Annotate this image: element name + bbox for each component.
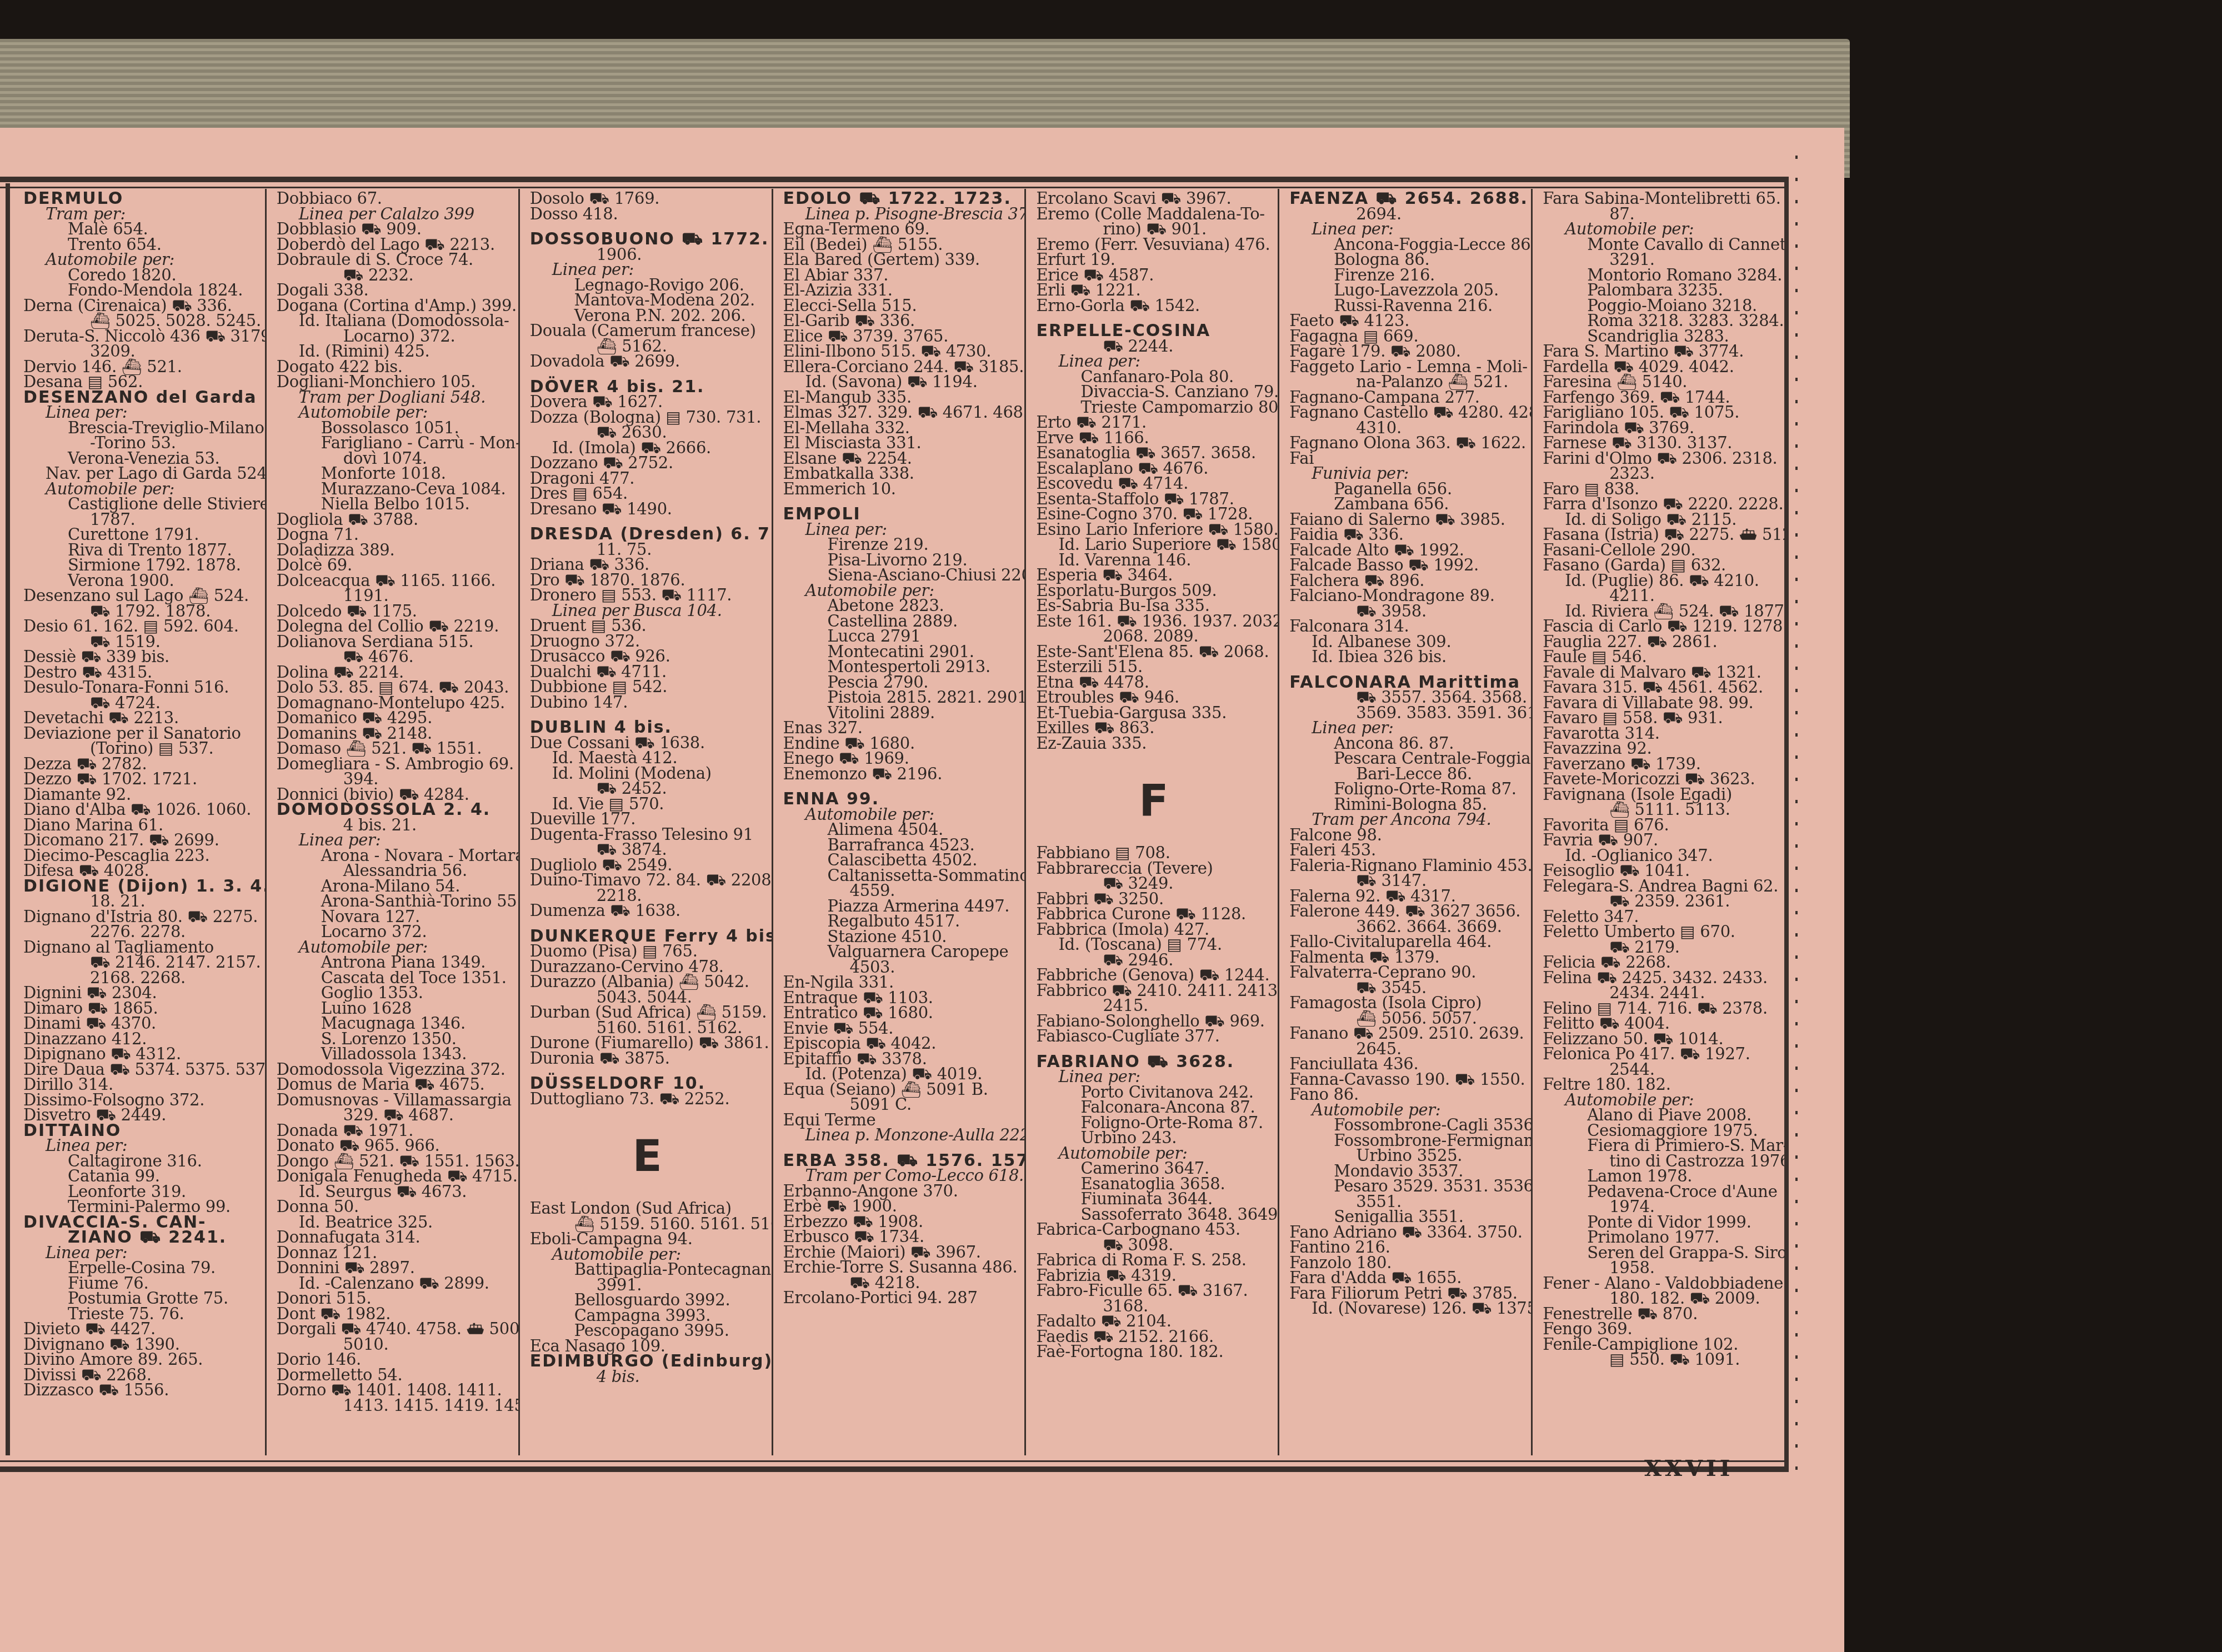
left-border-rule	[6, 183, 10, 1455]
index-entry: 1413. 1415. 1419. 1457.	[277, 1398, 512, 1414]
index-entry: Fabro-Ficulle 65. ⛟ 3167.	[1036, 1283, 1271, 1299]
index-entry: Dorgali ⛟ 4740. 4758. ⛴ 5006.	[277, 1321, 512, 1337]
service-label: 4 bis.	[530, 1369, 765, 1385]
index-column-5: Ercolano Scavi ⛟ 3967.Eremo (Colle Madda…	[1024, 189, 1278, 1455]
index-entry: Emmerich 10.	[783, 482, 1018, 497]
index-entry: Faè-Fortogna 180. 182.	[1036, 1344, 1271, 1360]
index-entry: Castiglione delle Stiviere	[23, 497, 258, 512]
index-entry: Ez-Zauia 335.	[1036, 736, 1271, 752]
index-entry: Ercolano-Portici 94. 287	[783, 1290, 1018, 1306]
index-entry: Duttogliano 73. ⛟ 2252.	[530, 1092, 765, 1107]
index-entry: Dovadola ⛟ 2699.	[530, 354, 765, 369]
index-column-7: Fara Sabina-Montelibretti 65.87.Automobi…	[1531, 189, 1784, 1455]
index-entry: Pedavena-Croce d'Aune	[1543, 1184, 1778, 1200]
index-entry: Monte Cavallo di Canneto	[1543, 237, 1778, 253]
index-heading: DOSSOBUONO ⛟ 1772.	[530, 232, 765, 247]
index-heading: EDIMBURGO (Edinburg)	[530, 1354, 765, 1369]
index-entry: Fabiasco-Cugliate 377.	[1036, 1029, 1271, 1044]
index-entry: Duino-Timavo 72. 84. ⛟ 2208.	[530, 873, 765, 888]
index-entry: Dresano ⛟ 1490.	[530, 502, 765, 517]
index-entry: Dumenza ⛟ 1638.	[530, 903, 765, 919]
index-entry: Dubino 147.	[530, 695, 765, 710]
index-entry: Duronia ⛟ 3875.	[530, 1051, 765, 1067]
index-entry: ▤ 550. ⛟ 1091.	[1543, 1352, 1778, 1368]
index-entry: Fabbrico ⛟ 2410. 2411. 2413.	[1036, 983, 1271, 999]
index-entry: Fara Sabina-Montelibretti 65.	[1543, 191, 1778, 207]
page-number: XXVII	[1644, 1455, 1734, 1481]
index-entry: Dizzasco ⛟ 1556.	[23, 1383, 258, 1398]
section-letter: E	[530, 1129, 765, 1184]
index-entry: Pesaro 3529. 3531. 3536.	[1289, 1179, 1524, 1194]
index-entry: Domegliara - S. Ambrogio 69.	[277, 757, 512, 772]
index-entry: Id. Ibiea 326 bis.	[1289, 649, 1524, 665]
index-column-2: Dobbiaco 67.Linea per Calalzo 399Dobblas…	[265, 189, 518, 1455]
index-entry: Erno-Gorla ⛟ 1542.	[1036, 298, 1271, 314]
index-entry: Battipaglia-Pontecagnano	[530, 1262, 765, 1278]
index-entry: Deruta-S. Niccolò 436 ⛟ 3179.	[23, 329, 258, 344]
index-entry: Fagnano Olona 363. ⛟ 1622.	[1289, 435, 1524, 451]
index-entry: Dolceacqua ⛟ 1165. 1166.	[277, 573, 512, 589]
service-label: Linea p. Monzone-Aulla 222.	[783, 1128, 1018, 1143]
index-entry: Id. (Novarese) 126. ⛟ 1375.	[1289, 1301, 1524, 1316]
index-entry: Seren del Grappa-S. Siro	[1543, 1245, 1778, 1261]
right-margin-marks	[1795, 156, 1798, 1489]
index-column-4: EDOLO ⛟ 1722. 1723.Linea p. Pisogne-Bres…	[772, 189, 1025, 1455]
section-letter: F	[1036, 773, 1271, 829]
index-entry: Id. (Puglie) 86. ⛟ 4210.	[1543, 573, 1778, 589]
index-column-6: FAENZA ⛟ 2654. 2688.2694.Linea per:Ancon…	[1278, 189, 1531, 1455]
index-entry: Felonica Po 417. ⛟ 1927.	[1543, 1047, 1778, 1062]
index-entry: Farini d'Olmo ⛟ 2306. 2318.	[1543, 451, 1778, 467]
index-column-1: DERMULOTram per:Malè 654.Trento 654.Auto…	[12, 189, 265, 1455]
index-entry: Valguarnera Caropepe	[783, 944, 1018, 960]
index-entry: Fagnano Castello ⛟ 4280. 4285	[1289, 405, 1524, 420]
index-entry: Enemonzo ⛟ 2196.	[783, 767, 1018, 782]
index-heading: FAENZA ⛟ 2654. 2688.	[1289, 191, 1524, 207]
index-columns: DERMULOTram per:Malè 654.Trento 654.Auto…	[12, 189, 1784, 1455]
index-column-3: Dosolo ⛟ 1769.Dosso 418.DOSSOBUONO ⛟ 177…	[518, 189, 772, 1455]
index-entry: Caltanissetta-Sommatino	[783, 868, 1018, 884]
index-entry: Dosso 418.	[530, 207, 765, 222]
index-entry: Fanano ⛟ 2509. 2510. 2639.	[1289, 1026, 1524, 1042]
